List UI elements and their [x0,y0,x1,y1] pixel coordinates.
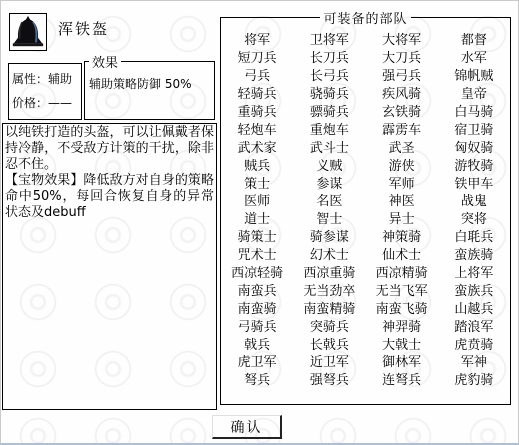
unit-name: 南蛮精骑 [293,298,365,316]
unit-name: 上将军 [438,263,510,281]
equip-panel-title: 可装备的部队 [320,8,410,27]
unit-name: 轻骑兵 [221,84,293,102]
unit-name: 山越兵 [438,298,510,316]
unit-name: 虎豹骑 [438,370,510,388]
unit-name: 连弩兵 [366,370,438,388]
unit-name: 大将军 [366,30,438,48]
unit-name: 神羿骑 [366,316,438,334]
unit-name: 军神 [438,352,510,370]
unit-name: 西凉轻骑 [221,263,293,281]
unit-name: 战鬼 [438,191,510,209]
unit-name: 弓骑兵 [221,316,293,334]
unit-name: 神医 [366,191,438,209]
unit-name: 宿卫骑 [438,119,510,137]
attribute-label: 属性： [12,72,48,86]
unit-name: 白毦兵 [438,227,510,245]
unit-name: 长戟兵 [293,334,365,352]
unit-name: 将军 [221,30,293,48]
unit-name: 近卫军 [293,352,365,370]
unit-name: 突骑兵 [293,316,365,334]
unit-name: 游牧骑 [438,155,510,173]
unit-name: 霹雳车 [366,119,438,137]
confirm-button[interactable]: 确认 [212,415,282,439]
unit-name: 虎贲骑 [438,334,510,352]
unit-name: 武圣 [366,137,438,155]
unit-name: 踏浪军 [438,316,510,334]
unit-name: 水军 [438,48,510,66]
unit-name: 无当劲卒 [293,280,365,298]
unit-name: 轻炮车 [221,119,293,137]
unit-name: 仙术士 [366,245,438,263]
unit-name: 蛮族兵 [438,280,510,298]
unit-name: 弩兵 [221,370,293,388]
price-line: 价格：—— [12,94,78,111]
unit-name: 卫将军 [293,30,365,48]
unit-name: 武术家 [221,137,293,155]
attribute-value: 辅助 [48,72,72,86]
effect-value: 辅助策略防御 50% [89,75,210,92]
unit-name: 军师 [366,173,438,191]
unit-name: 神策骑 [366,227,438,245]
unit-grid: 将军卫将军大将军都督短刀兵长刀兵大刀兵水军弓兵长弓兵强弓兵锦帆贼轻骑兵骁骑兵疾风… [221,27,510,388]
stat-box: 属性：辅助 价格：—— [8,63,82,120]
equip-panel: 可装备的部队 将军卫将军大将军都督短刀兵长刀兵大刀兵水军弓兵长弓兵强弓兵锦帆贼轻… [220,8,511,405]
unit-name: 重炮车 [293,119,365,137]
unit-name: 义贼 [293,155,365,173]
unit-name: 强弓兵 [366,66,438,84]
unit-name: 长刀兵 [293,48,365,66]
unit-name: 骑参谋 [293,227,365,245]
unit-name: 游侠 [366,155,438,173]
unit-name: 智士 [293,209,365,227]
unit-name: 蛮族骑 [438,245,510,263]
unit-name: 医师 [221,191,293,209]
unit-name: 突将 [438,209,510,227]
unit-name: 大刀兵 [366,48,438,66]
unit-name: 匈奴骑 [438,137,510,155]
dark-helmet-icon [10,14,46,50]
unit-name: 重骑兵 [221,102,293,120]
unit-name: 短刀兵 [221,48,293,66]
effect-title: 效果 [89,52,121,71]
treasure-effect: 【宝物效果】降低敌方对自身的策略命中50%，每回合恢复自身的异常状态及debuf… [5,173,214,221]
effect-panel: 效果 辅助策略防御 50% [84,52,215,120]
unit-name: 白马骑 [438,102,510,120]
unit-name: 南蛮骑 [221,298,293,316]
unit-name: 无当飞军 [366,280,438,298]
unit-name: 西凉重骑 [293,263,365,281]
unit-name: 贼兵 [221,155,293,173]
unit-name: 弓兵 [221,66,293,84]
item-icon-frame [9,13,47,51]
unit-name: 都督 [438,30,510,48]
unit-name: 策士 [221,173,293,191]
unit-name: 幻术士 [293,245,365,263]
unit-name: 南蛮兵 [221,280,293,298]
price-label: 价格： [12,96,48,110]
unit-name: 玄铁骑 [366,102,438,120]
unit-name: 皇帝 [438,84,510,102]
unit-name: 名医 [293,191,365,209]
unit-name: 咒术士 [221,245,293,263]
price-value: —— [48,96,72,110]
unit-name: 西凉精骑 [366,263,438,281]
unit-name: 大戟士 [366,334,438,352]
unit-name: 骁骑兵 [293,84,365,102]
unit-name: 长弓兵 [293,66,365,84]
unit-name: 骠骑兵 [293,102,365,120]
equipment-window: 浑铁盔 属性：辅助 价格：—— 效果 辅助策略防御 50% 以纯铁打造的头盔，可… [0,0,519,445]
item-name: 浑铁盔 [58,18,109,39]
unit-name: 锦帆贼 [438,66,510,84]
unit-name: 参谋 [293,173,365,191]
attribute-line: 属性：辅助 [12,70,78,87]
unit-name: 戟兵 [221,334,293,352]
unit-name: 南蛮飞骑 [366,298,438,316]
item-description-box: 以纯铁打造的头盔，可以让佩戴者保持冷静，不受敌方计策的干扰，除非忍不住。 【宝物… [2,123,217,410]
unit-name: 疾风骑 [366,84,438,102]
unit-name: 骑策士 [221,227,293,245]
unit-name: 异士 [366,209,438,227]
unit-name: 道士 [221,209,293,227]
item-description: 以纯铁打造的头盔，可以让佩戴者保持冷静，不受敌方计策的干扰，除非忍不住。 [5,125,214,173]
unit-name: 虎卫军 [221,352,293,370]
unit-name: 御林军 [366,352,438,370]
unit-name: 铁甲车 [438,173,510,191]
unit-name: 强弩兵 [293,370,365,388]
unit-name: 武斗士 [293,137,365,155]
